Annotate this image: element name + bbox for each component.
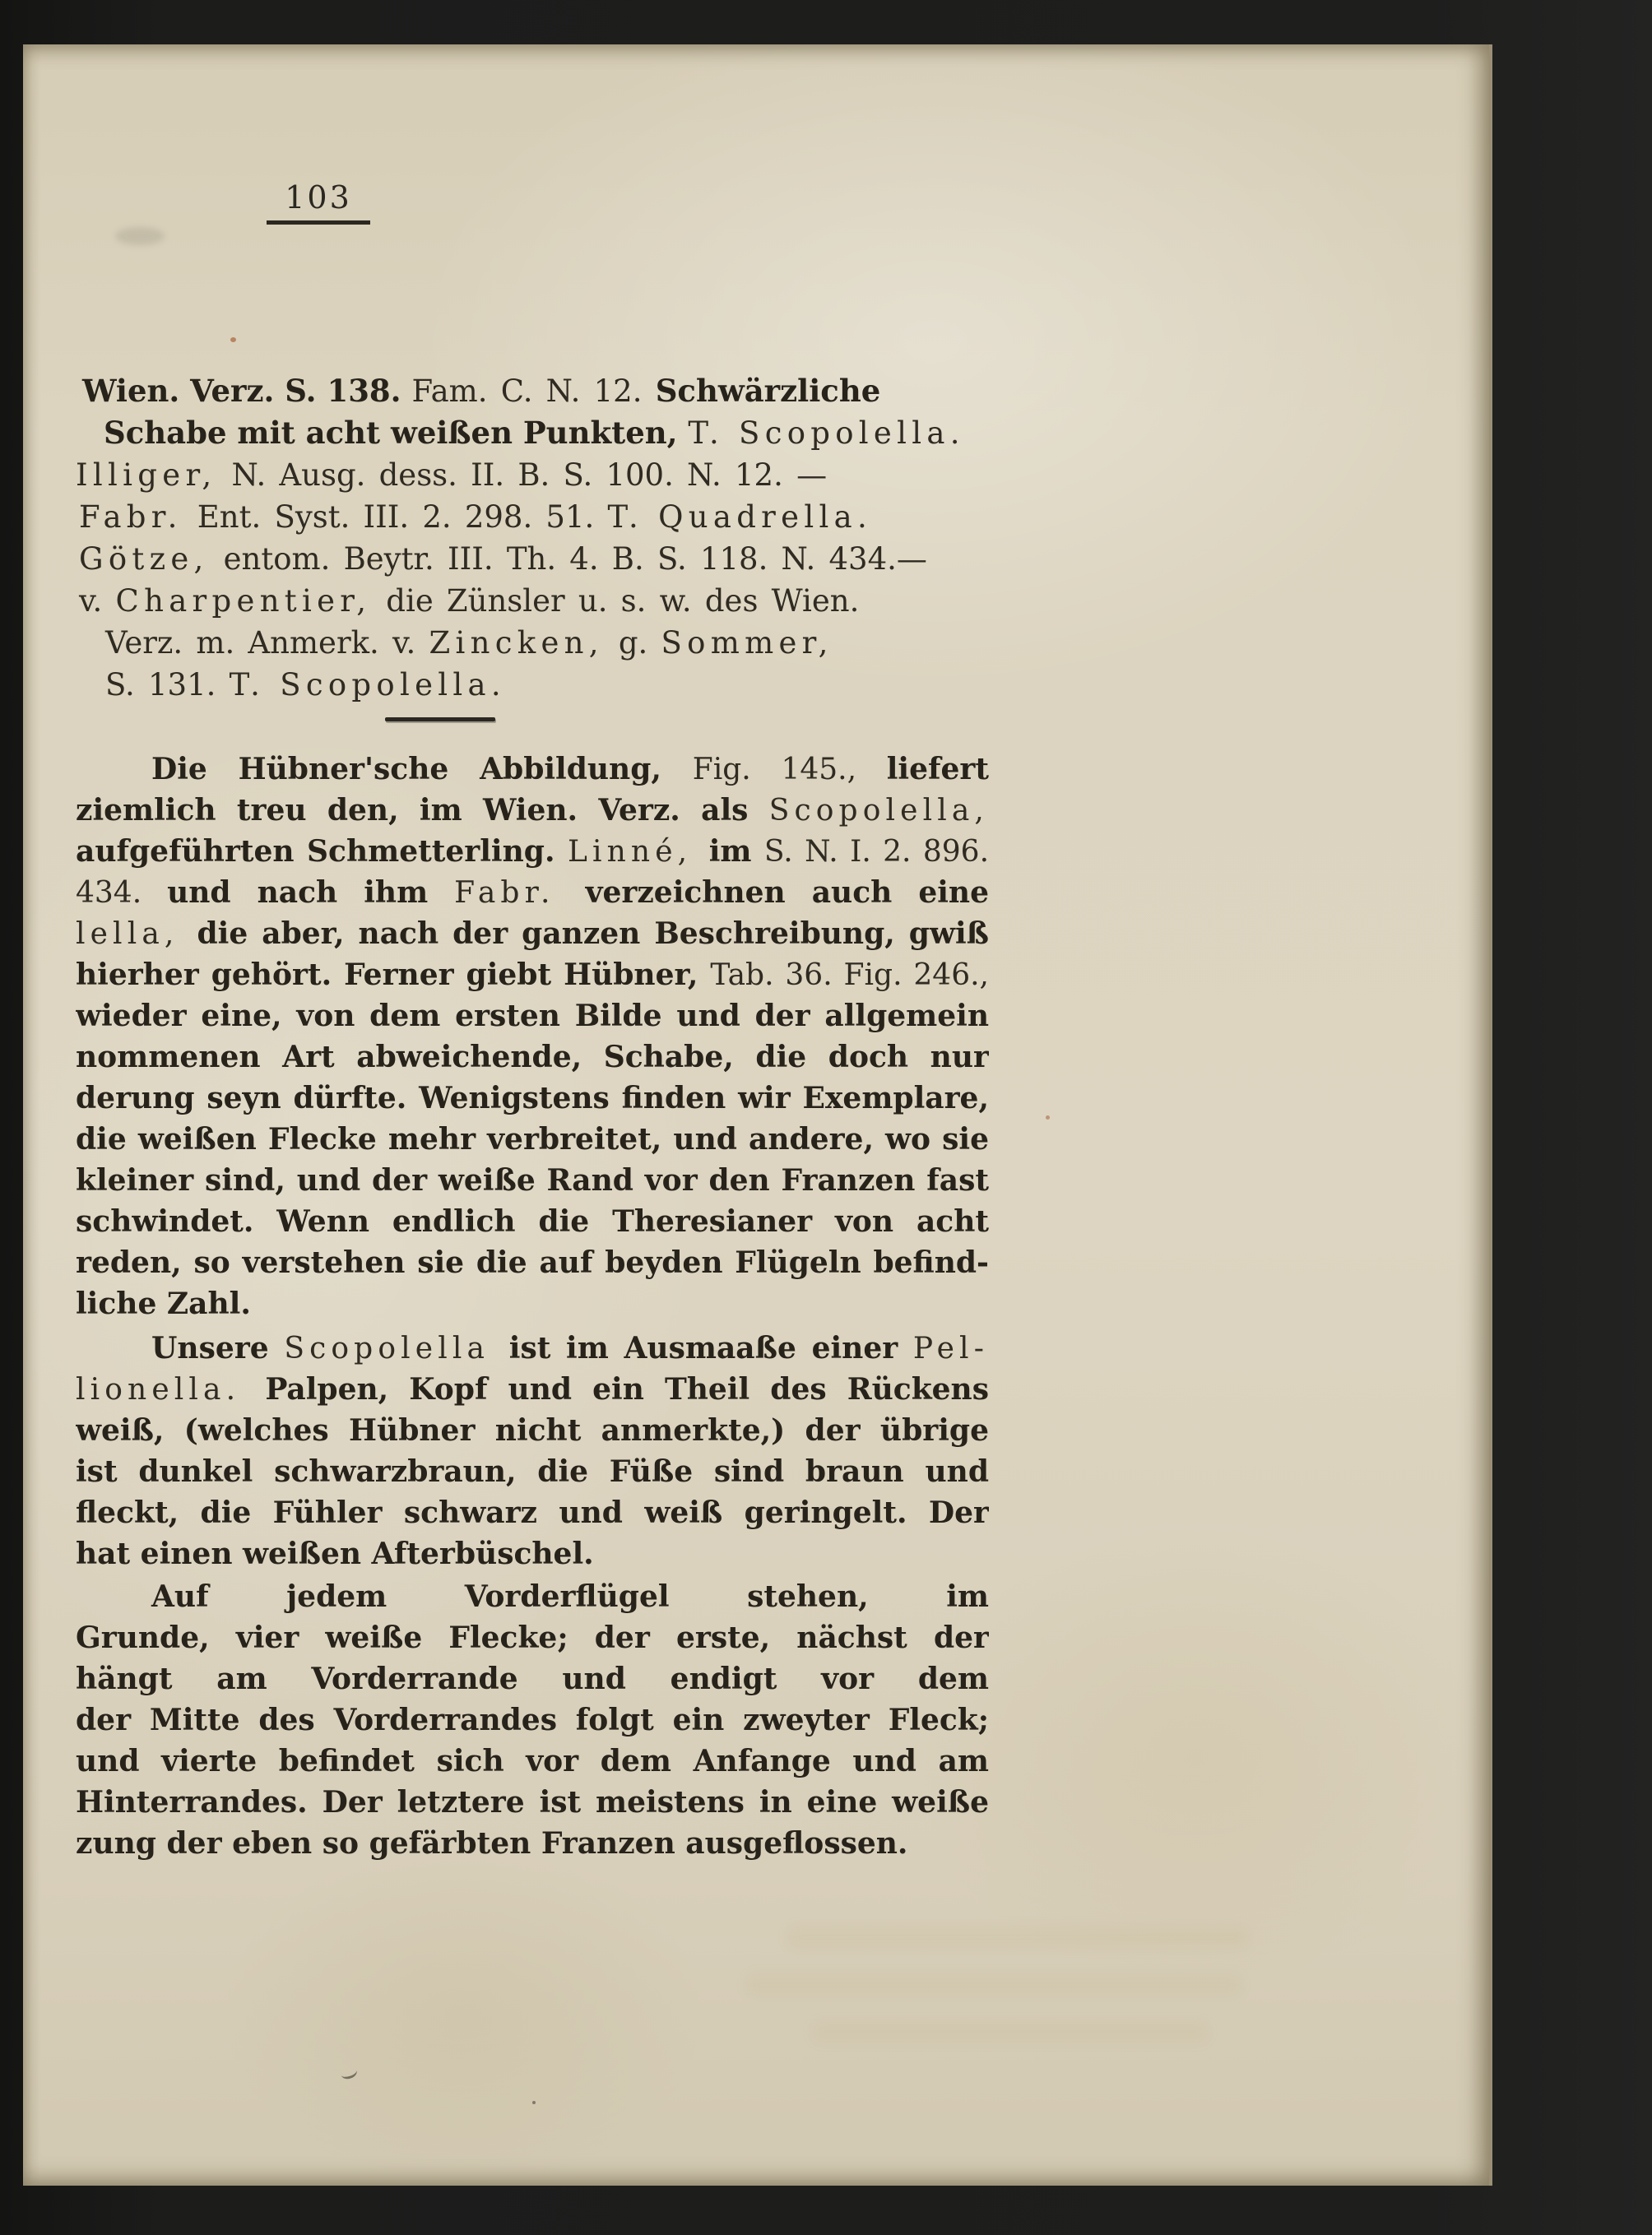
body-line: ist dunkel schwarzbraun, die Füße sind b… (76, 1451, 989, 1492)
text-segment: Zincken, (429, 625, 619, 661)
body-line: Hinterrandes. Der letztere ist meistens … (76, 1782, 989, 1823)
text-segment: T. Scopolella. (230, 667, 506, 702)
text-segment: Linné, (568, 835, 709, 869)
ink-mark (339, 2064, 359, 2080)
paragraph: Unsere Scopolella ist im Ausmaaße einer … (76, 1328, 989, 1574)
body-line: kleiner sind, und der weiße Rand vor den… (76, 1160, 989, 1201)
reference-line: Schabe mit acht weißen Punkten, T. Scopo… (76, 412, 989, 454)
reference-line: Götze, entom. Beytr. III. Th. 4. B. S. 1… (76, 538, 989, 580)
text-segment: Scopolella (284, 1332, 508, 1366)
text-segment: lella, (76, 917, 197, 951)
text-segment: im (709, 834, 764, 869)
text-segment: hierher gehört. Ferner giebt Hübner, (76, 958, 710, 992)
text-segment: ziemlich treu den, im Wien. Verz. als (76, 793, 769, 828)
body-line: Auf jedem Vorderflügel stehen, im schwar… (76, 1576, 989, 1617)
body-line: nommenen Art abweichende, Schabe, die do… (76, 1036, 989, 1078)
text-segment: Schabe mit acht weißen Punkten, (104, 415, 688, 451)
text-segment: Unsere (151, 1331, 284, 1366)
body-line: fleckt, die Fühler schwarz und weiß geri… (76, 1492, 989, 1533)
body-line: Die Hübner'sche Abbildung, Fig. 145., li… (76, 749, 989, 790)
text-segment: Charpentier, (115, 583, 386, 619)
pencil-smudge (115, 227, 165, 245)
reference-line: Wien. Verz. S. 138. Fam. C. N. 12. Schwä… (76, 370, 989, 412)
paper-speck (230, 337, 236, 342)
body-line: der Mitte des Vorderrandes folgt ein zwe… (76, 1699, 989, 1741)
text-segment: weiß, (welches Hübner nicht anmerkte,) d… (76, 1413, 989, 1451)
body-line: ziemlich treu den, im Wien. Verz. als Sc… (76, 790, 989, 831)
text-segment: und vierte befindet sich vor dem Anfange… (76, 1744, 989, 1782)
body-line: aufgeführten Schmetterling. Linné, im S.… (76, 831, 989, 872)
body-line: liche Zahl. (76, 1283, 989, 1324)
text-segment: N. Ausg. dess. II. B. S. 100. N. 12. — (231, 457, 827, 493)
body-line: die weißen Flecke mehr verbreitet, und a… (76, 1119, 989, 1160)
body-line: derung seyn dürfte. Wenigstens finden wi… (76, 1078, 989, 1119)
body-line: lionella. Palpen, Kopf und ein Theil des… (76, 1369, 989, 1410)
text-segment: ist im Ausmaaße einer (509, 1331, 913, 1366)
reference-line: Fabr. Ent. Syst. III. 2. 298. 51. T. Qua… (76, 496, 989, 538)
text-segment: Auf jedem Vorderflügel stehen, im schwar… (151, 1579, 989, 1617)
text-segment: nommenen Art abweichende, Schabe, die do… (76, 1040, 989, 1078)
reference-block: Wien. Verz. S. 138. Fam. C. N. 12. Schwä… (76, 370, 989, 706)
text-segment: Sommer, (661, 625, 833, 661)
body-line: Unsere Scopolella ist im Ausmaaße einer … (76, 1328, 989, 1369)
ink-dot (532, 2101, 536, 2104)
text-segment: schwindet. Wenn endlich die Theresianer … (76, 1204, 989, 1242)
paragraph: Auf jedem Vorderflügel stehen, im schwar… (76, 1576, 989, 1864)
text-segment: Grunde, vier weiße Flecke; der erste, nä… (76, 1621, 989, 1658)
body-line: zung der eben so gefärbten Franzen ausge… (76, 1823, 989, 1864)
text-segment: Die Hübner'sche Abbildung, (151, 752, 693, 786)
section-divider (385, 717, 495, 721)
body-line: hierher gehört. Ferner giebt Hübner, Tab… (76, 954, 989, 995)
text-segment: die aber, nach der ganzen Beschreibung, … (76, 916, 989, 954)
body-line: reden, so verstehen sie die auf beyden F… (76, 1242, 989, 1283)
paragraph: Die Hübner'sche Abbildung, Fig. 145., li… (76, 749, 989, 1324)
body-line: wieder eine, von dem ersten Bilde und de… (76, 995, 989, 1036)
text-segment: hängt am Vorderrande und endigt vor dem … (76, 1662, 989, 1699)
text-segment: derung seyn dürfte. Wenigstens finden wi… (76, 1081, 989, 1119)
text-segment: Hinterrandes. Der letztere ist meistens … (76, 1785, 989, 1823)
show-through (813, 2022, 1208, 2042)
body-line: und vierte befindet sich vor dem Anfange… (76, 1741, 989, 1782)
text-segment: T. Quadrella. (607, 499, 872, 535)
text-segment: Scopolella, (769, 794, 989, 828)
text-segment: zung der eben so gefärbten Franzen ausge… (76, 1826, 907, 1861)
text-segment: lionella. (76, 1373, 265, 1407)
body-line: hängt am Vorderrande und endigt vor dem … (76, 1658, 989, 1699)
text-segment: Fabr. (454, 876, 585, 910)
text-segment: v. (79, 583, 115, 619)
text-segment: Illiger, (76, 457, 231, 493)
text-segment: und nach ihm (167, 875, 454, 910)
text-segment: die Zünsler u. s. w. des Wien. (386, 583, 859, 619)
text-segment: hat einen weißen Afterbüschel. (76, 1537, 594, 1571)
text-segment: Ent. Syst. III. 2. 298. 51. (197, 499, 608, 535)
scan-background: 103 Wien. Verz. S. 138. Fam. C. N. 12. S… (0, 0, 1652, 2235)
paper-speck (1046, 1115, 1050, 1120)
text-segment: Fam. C. N. 12. (411, 373, 655, 409)
body-line: schwindet. Wenn endlich die Theresianer … (76, 1201, 989, 1242)
text-segment: S. N. I. 2. 896. (764, 835, 989, 869)
text-segment: Fabr. (79, 499, 197, 535)
text-segment: g. (619, 625, 661, 661)
body-line: weiß, (welches Hübner nicht anmerkte,) d… (76, 1410, 989, 1451)
text-segment: S. 131. (105, 667, 230, 702)
text-segment: liefert (887, 752, 989, 786)
text-segment: Götze, (79, 541, 224, 577)
text-segment: der Mitte des Vorderrandes folgt ein zwe… (76, 1703, 989, 1741)
reference-line: S. 131. T. Scopolella. (76, 664, 989, 706)
text-segment: ist dunkel schwarzbraun, die Füße sind b… (76, 1454, 989, 1492)
text-segment: Fig. 145., (693, 753, 887, 786)
reference-line: Verz. m. Anmerk. v. Zincken, g. Sommer, (76, 622, 989, 664)
text-segment: aufgeführten Schmetterling. (76, 834, 568, 869)
text-segment: Tab. 36. Fig. 246., (710, 958, 989, 992)
page-number: 103 (267, 179, 370, 225)
text-segment: reden, so verstehen sie die auf beyden F… (76, 1245, 989, 1280)
text-segment: fleckt, die Fühler schwarz und weiß geri… (76, 1495, 989, 1533)
text-segment: Schwärzliche (656, 373, 881, 409)
text-segment: wieder eine, von dem ersten Bilde und de… (76, 999, 989, 1036)
text-segment: entom. Beytr. III. Th. 4. B. S. 118. N. … (224, 541, 927, 577)
show-through (788, 1927, 1249, 1948)
text-segment: Wien. Verz. S. 138. (82, 373, 411, 409)
body-line: Grunde, vier weiße Flecke; der erste, nä… (76, 1617, 989, 1658)
text-segment: 434. (76, 876, 167, 910)
text-segment: die weißen Flecke mehr verbreitet, und a… (76, 1122, 989, 1160)
text-segment: Pel- (913, 1332, 989, 1366)
body-line: 434. und nach ihm Fabr. verzeichnen auch… (76, 872, 989, 913)
book-page: 103 Wien. Verz. S. 138. Fam. C. N. 12. S… (23, 44, 1492, 2186)
text-segment: kleiner sind, und der weiße Rand vor den… (76, 1163, 989, 1201)
body-line: lella, die aber, nach der ganzen Beschre… (76, 913, 989, 954)
text-segment: Verz. m. Anmerk. v. (105, 625, 429, 661)
text-segment: T. Scopolella. (688, 415, 964, 451)
reference-line: v. Charpentier, die Zünsler u. s. w. des… (76, 580, 989, 622)
text-segment: liche Zahl. (76, 1287, 251, 1321)
text-segment: verzeichnen auch eine (586, 875, 989, 910)
body-line: hat einen weißen Afterbüschel. (76, 1533, 989, 1574)
reference-line: Illiger, N. Ausg. dess. II. B. S. 100. N… (76, 454, 989, 496)
show-through (747, 1974, 1241, 1996)
